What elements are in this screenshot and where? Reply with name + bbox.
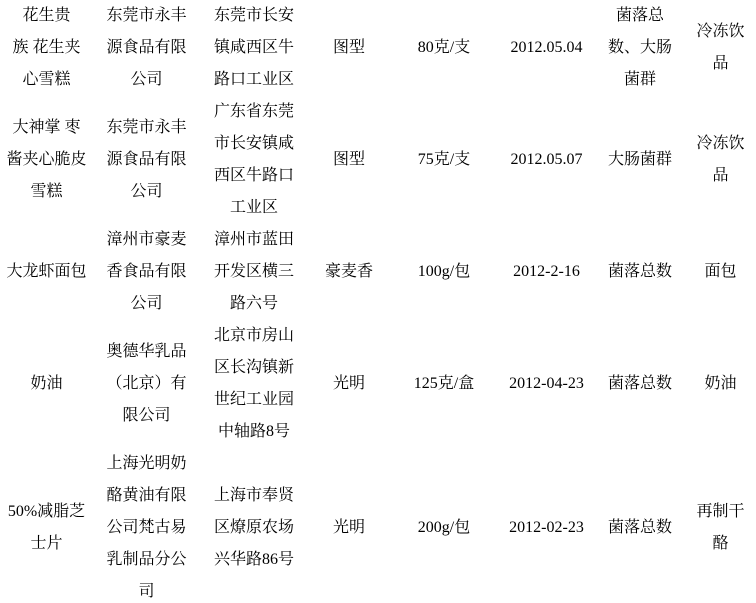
cell-brand: 图型 [308,96,390,224]
cell-category: 再制干 酪 [685,448,756,603]
cell-production-date: 2012-04-23 [498,320,595,448]
cell-failed-items: 菌落总数 [595,320,685,448]
cell-product-name: 大龙虾面包 [0,224,93,320]
cell-category: 奶油 [685,320,756,448]
cell-brand: 光明 [308,448,390,603]
cell-brand: 光明 [308,320,390,448]
cell-brand: 图型 [308,0,390,96]
cell-failed-items: 菌落总数 [595,448,685,603]
page: 花生贵 族 花生夹 心雪糕东莞市永丰 源食品有限 公司东莞市长安 镇咸西区牛 路… [0,0,756,603]
cell-category: 冷冻饮 品 [685,96,756,224]
cell-manufacturer: 上海光明奶 酪黄油有限 公司梵古易 乳制品分公 司 [93,448,200,603]
cell-production-date: 2012.05.04 [498,0,595,96]
cell-production-date: 2012-2-16 [498,224,595,320]
cell-product-name: 50%减脂芝 士片 [0,448,93,603]
cell-address: 北京市房山 区长沟镇新 世纪工业园 中轴路8号 [200,320,308,448]
cell-manufacturer: 奥德华乳品 （北京）有 限公司 [93,320,200,448]
cell-category: 面包 [685,224,756,320]
cell-brand: 豪麦香 [308,224,390,320]
cell-specification: 80克/支 [390,0,498,96]
inspection-results-table: 花生贵 族 花生夹 心雪糕东莞市永丰 源食品有限 公司东莞市长安 镇咸西区牛 路… [0,0,756,603]
table-row: 大神掌 枣 酱夹心脆皮 雪糕东莞市永丰 源食品有限 公司广东省东莞 市长安镇咸 … [0,96,756,224]
cell-address: 广东省东莞 市长安镇咸 西区牛路口 工业区 [200,96,308,224]
cell-address: 漳州市蓝田 开发区横三 路六号 [200,224,308,320]
cell-production-date: 2012-02-23 [498,448,595,603]
cell-manufacturer: 漳州市豪麦 香食品有限 公司 [93,224,200,320]
table-row: 奶油奥德华乳品 （北京）有 限公司北京市房山 区长沟镇新 世纪工业园 中轴路8号… [0,320,756,448]
cell-failed-items: 菌落总数 [595,224,685,320]
cell-failed-items: 菌落总 数、大肠 菌群 [595,0,685,96]
cell-failed-items: 大肠菌群 [595,96,685,224]
cell-specification: 100g/包 [390,224,498,320]
cell-specification: 125克/盒 [390,320,498,448]
cell-product-name: 花生贵 族 花生夹 心雪糕 [0,0,93,96]
table-row: 50%减脂芝 士片上海光明奶 酪黄油有限 公司梵古易 乳制品分公 司上海市奉贤 … [0,448,756,603]
cell-category: 冷冻饮 品 [685,0,756,96]
cell-specification: 200g/包 [390,448,498,603]
cell-address: 东莞市长安 镇咸西区牛 路口工业区 [200,0,308,96]
cell-manufacturer: 东莞市永丰 源食品有限 公司 [93,96,200,224]
cell-production-date: 2012.05.07 [498,96,595,224]
cell-address: 上海市奉贤 区燎原农场 兴华路86号 [200,448,308,603]
cell-product-name: 奶油 [0,320,93,448]
table-body: 花生贵 族 花生夹 心雪糕东莞市永丰 源食品有限 公司东莞市长安 镇咸西区牛 路… [0,0,756,603]
cell-product-name: 大神掌 枣 酱夹心脆皮 雪糕 [0,96,93,224]
cell-manufacturer: 东莞市永丰 源食品有限 公司 [93,0,200,96]
table-row: 花生贵 族 花生夹 心雪糕东莞市永丰 源食品有限 公司东莞市长安 镇咸西区牛 路… [0,0,756,96]
cell-specification: 75克/支 [390,96,498,224]
table-row: 大龙虾面包漳州市豪麦 香食品有限 公司漳州市蓝田 开发区横三 路六号豪麦香100… [0,224,756,320]
